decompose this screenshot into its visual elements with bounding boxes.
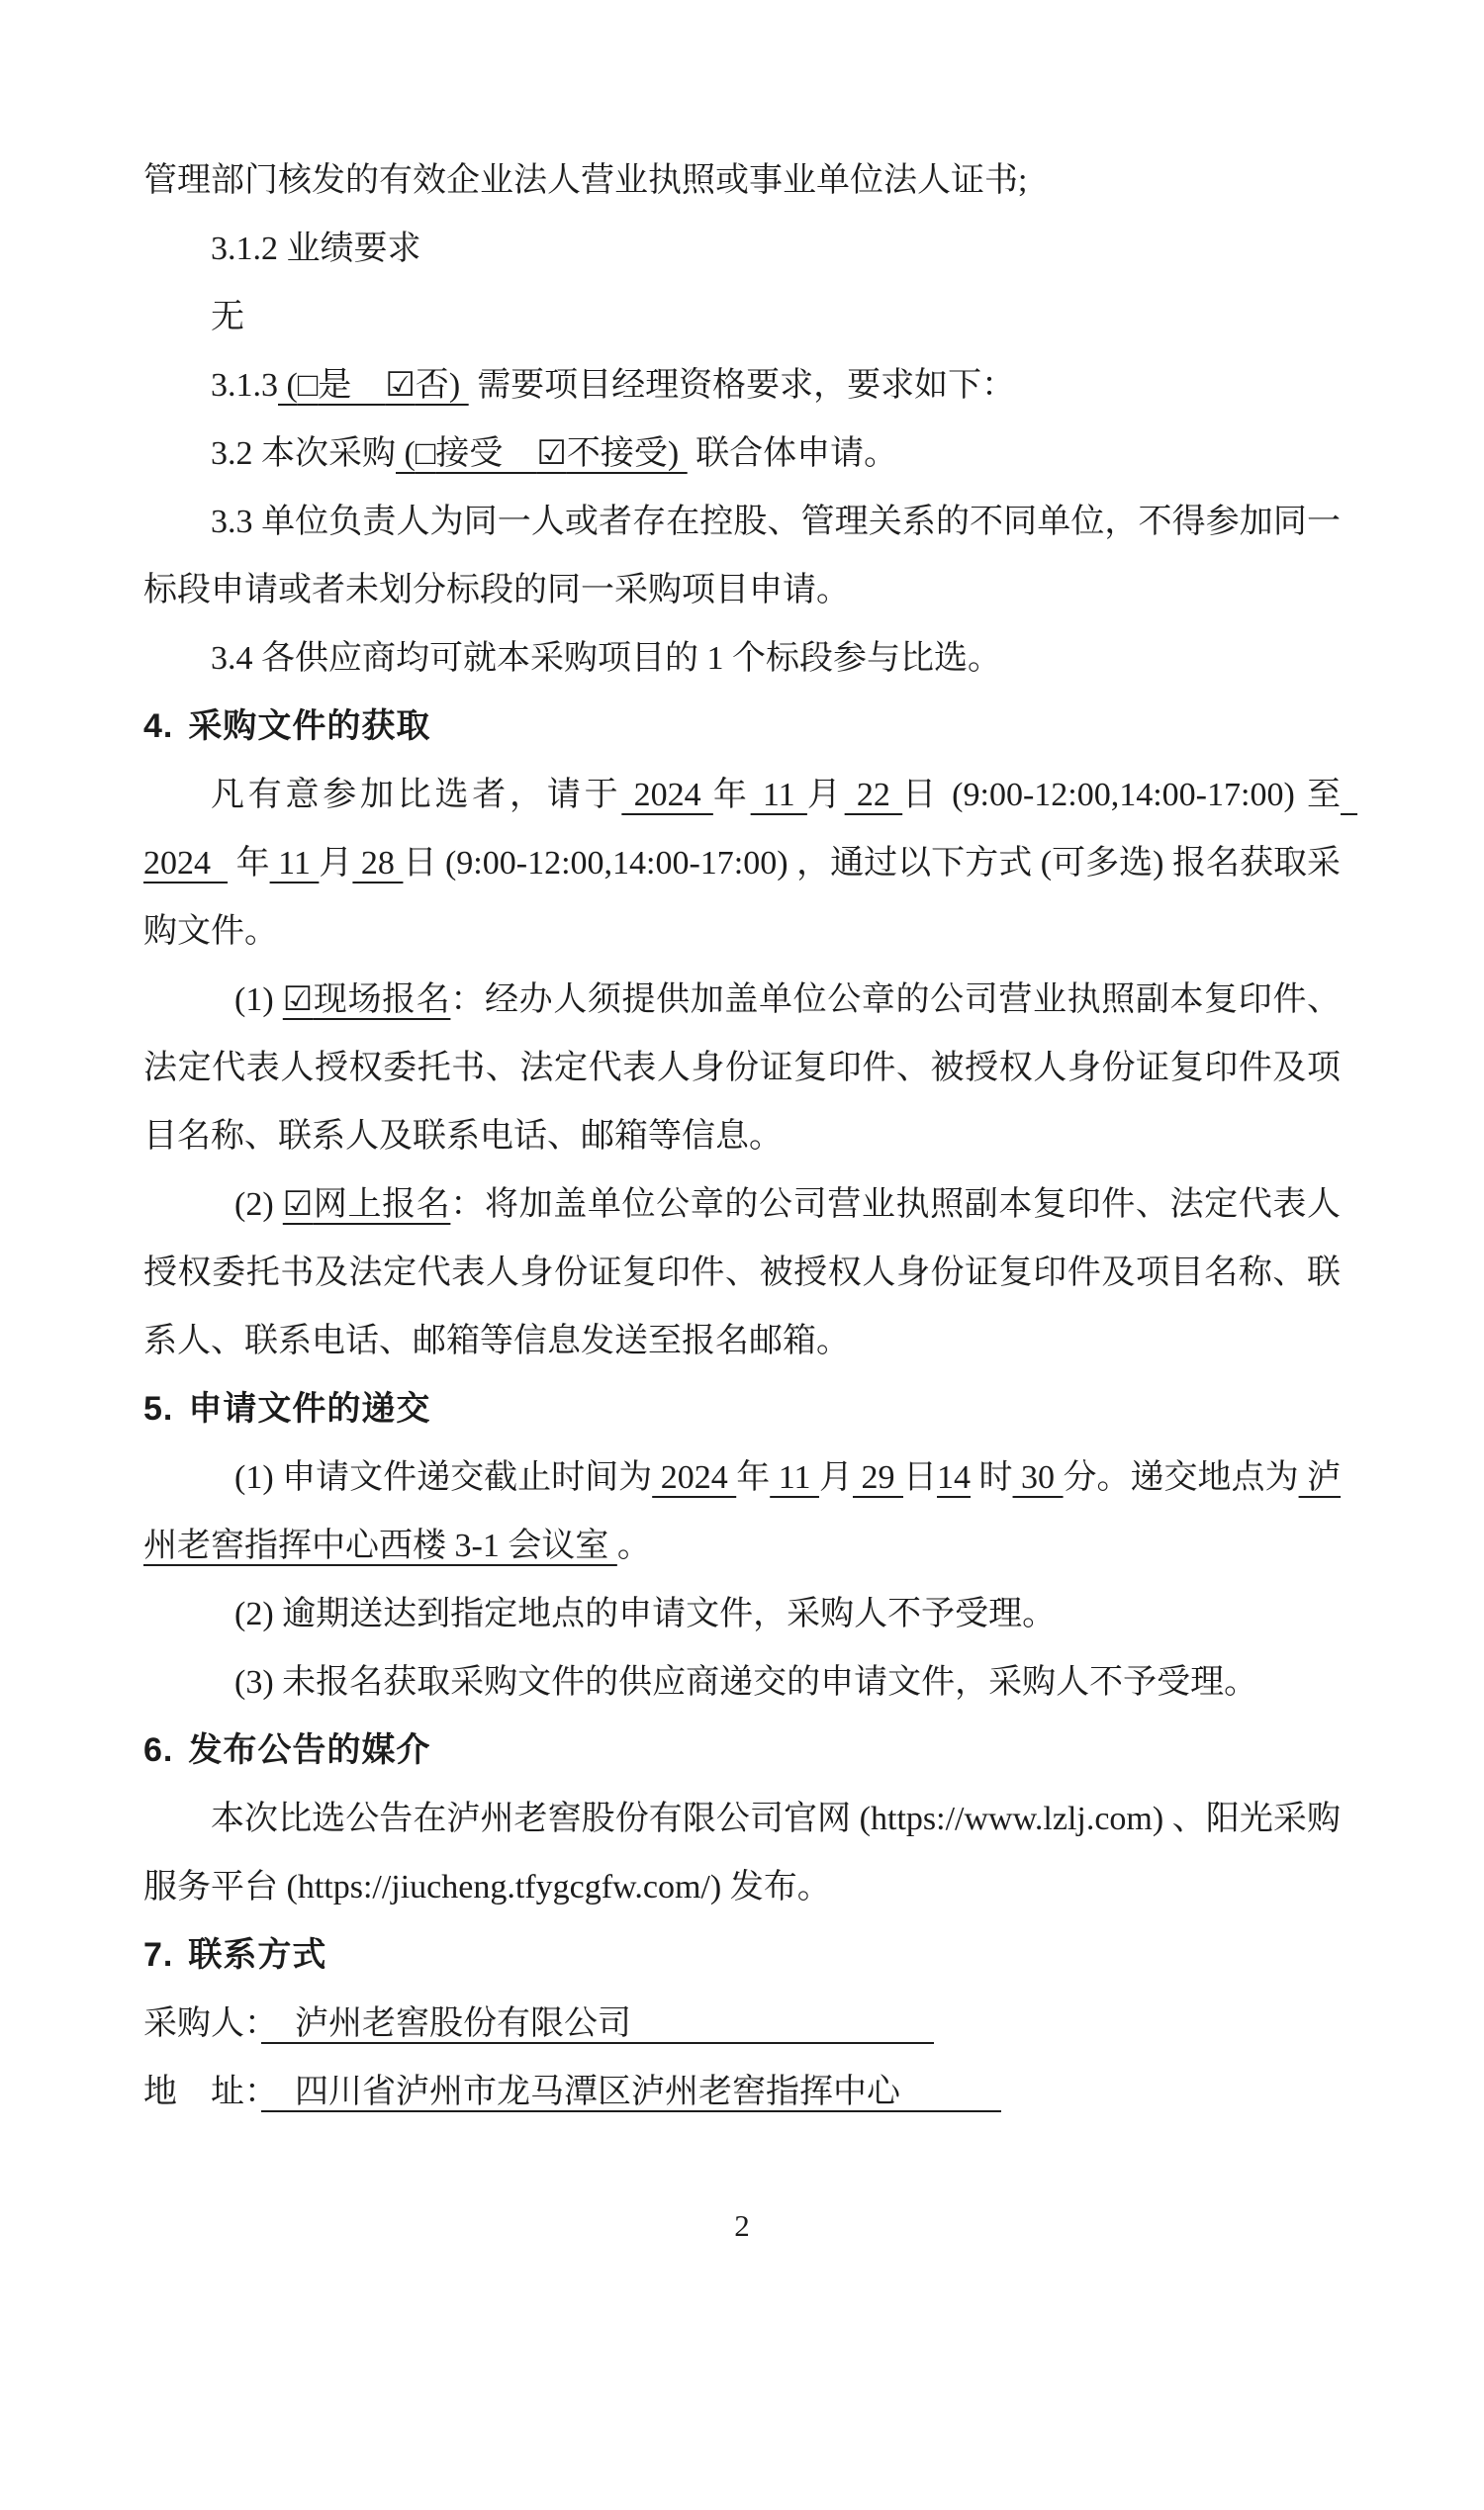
para-3-2-consortium: 3.2 本次采购 (□接受 ☑不接受) 联合体申请。 bbox=[143, 419, 1341, 488]
text-run: 28 bbox=[352, 845, 403, 882]
checkbox-checked-icon: ☑ bbox=[536, 435, 566, 472]
checkbox-unchecked-icon: □ bbox=[416, 435, 436, 472]
text-run: 4. bbox=[143, 707, 173, 745]
text-run: 2024 bbox=[652, 1459, 736, 1496]
para-3-3-same-controller: 3.3 单位负责人为同一人或者存在控股、管理关系的不同单位，不得参加同一标段申请… bbox=[143, 488, 1341, 624]
line-address: 地 址： 四川省泸州市龙马潭区泸州老窖指挥中心 bbox=[143, 2058, 1341, 2126]
para-none: 无 bbox=[143, 283, 1341, 351]
text-run: (1) 申请文件递交截止时间为 bbox=[234, 1459, 652, 1496]
text-run: (3) 未报名获取采购文件的供应商递交的申请文件，采购人不予受理。 bbox=[234, 1664, 1257, 1701]
text-run: 。 bbox=[617, 1528, 651, 1564]
text-run: 申请文件的递交 bbox=[188, 1390, 430, 1428]
text-run: 泸州老窖股份有限公司 bbox=[261, 2005, 934, 2042]
text-run: 29 bbox=[853, 1459, 903, 1496]
text-run: 月 bbox=[807, 777, 845, 813]
text-run: 月 bbox=[819, 1459, 853, 1496]
text-run: 3.4 各供应商均可就本采购项目的 1 个标段参与比选。 bbox=[211, 640, 1001, 677]
text-run: 年 bbox=[736, 1459, 770, 1496]
text-run: 7. bbox=[143, 1936, 173, 1974]
text-run: 3.2 本次采购 bbox=[211, 435, 396, 472]
text-run: 不接受) bbox=[567, 435, 688, 472]
text-run: (1) bbox=[234, 981, 283, 1018]
checkbox-checked-icon: ☑ bbox=[283, 981, 313, 1018]
text-run: 联系方式 bbox=[188, 1936, 326, 1974]
text-run: 采购人： bbox=[143, 2005, 261, 2042]
para-license-continuation: 管理部门核发的有效企业法人营业执照或事业单位法人证书; bbox=[143, 146, 1341, 215]
text-run: 22 bbox=[845, 777, 903, 813]
text-run: 需要项目经理资格要求，要求如下： bbox=[469, 367, 1016, 404]
text-run: 分。递交地点为 bbox=[1064, 1459, 1299, 1496]
text-run: 2024 bbox=[621, 777, 713, 813]
text-run: 采购文件的获取 bbox=[188, 707, 430, 745]
para-4-1-onsite-registration: (1) ☑现场报名：经办人须提供加盖单位公章的公司营业执照副本复印件、法定代表人… bbox=[143, 966, 1341, 1170]
checkbox-checked-icon: ☑ bbox=[385, 367, 415, 404]
document-page: 管理部门核发的有效企业法人营业执照或事业单位法人证书;3.1.2 业绩要求无3.… bbox=[0, 0, 1484, 2510]
text-run: 14 bbox=[937, 1459, 971, 1496]
text-run: 网上报名 bbox=[313, 1186, 450, 1223]
text-run: 联合体申请。 bbox=[688, 435, 898, 472]
text-run: 否) bbox=[416, 367, 469, 404]
text-run: 四川省泸州市龙马潭区泸州老窖指挥中心 bbox=[261, 2074, 1001, 2110]
text-run: 凡有意参加比选者，请于 bbox=[211, 777, 621, 813]
text-run: 本次比选公告在泸州老窖股份有限公司官网 (https://www.lzlj.co… bbox=[143, 1801, 1341, 1906]
para-3-4-one-lot: 3.4 各供应商均可就本采购项目的 1 个标段参与比选。 bbox=[143, 624, 1341, 693]
text-run: 3.1.3 bbox=[211, 367, 278, 404]
text-run: 11 bbox=[770, 1459, 819, 1496]
para-5-2-late-rejected: (2) 逾期送达到指定地点的申请文件，采购人不予受理。 bbox=[143, 1580, 1341, 1648]
para-5-3-unregistered-rejected: (3) 未报名获取采购文件的供应商递交的申请文件，采购人不予受理。 bbox=[143, 1648, 1341, 1717]
page-number: 2 bbox=[0, 2191, 1484, 2260]
heading-5-submission: 5.申请文件的递交 bbox=[143, 1375, 1341, 1443]
text-run: 5. bbox=[143, 1390, 173, 1428]
text-run: 时 bbox=[971, 1459, 1013, 1496]
document-content: 管理部门核发的有效企业法人营业执照或事业单位法人证书;3.1.2 业绩要求无3.… bbox=[143, 0, 1341, 2126]
text-run: (2) 逾期送达到指定地点的申请文件，采购人不予受理。 bbox=[234, 1596, 1056, 1632]
text-run: 月 bbox=[319, 845, 352, 882]
text-run: 6. bbox=[143, 1731, 173, 1769]
para-4-obtain-period: 凡有意参加比选者，请于 2024 年 11 月 22 日 (9:00-12:00… bbox=[143, 761, 1341, 966]
text-run: 年 bbox=[228, 845, 270, 882]
text-run: 现场报名 bbox=[313, 981, 450, 1018]
text-run: 日 (9:00-12:00,14:00-17:00) 至 bbox=[902, 777, 1341, 813]
text-run: 11 bbox=[751, 777, 807, 813]
text-run: 管理部门核发的有效企业法人营业执照或事业单位法人证书; bbox=[143, 162, 1027, 199]
text-run: 是 bbox=[318, 367, 385, 404]
heading-7-contact: 7.联系方式 bbox=[143, 1921, 1341, 1990]
text-run: 接受 bbox=[435, 435, 536, 472]
text-run: 无 bbox=[211, 299, 244, 335]
text-run: 发布公告的媒介 bbox=[188, 1731, 430, 1769]
checkbox-unchecked-icon: □ bbox=[298, 367, 319, 404]
para-3-1-3-project-manager: 3.1.3 (□是 ☑否) 需要项目经理资格要求，要求如下： bbox=[143, 351, 1341, 419]
para-3-1-2-performance: 3.1.2 业绩要求 bbox=[143, 215, 1341, 283]
text-run: 地 址： bbox=[143, 2074, 261, 2110]
text-run: 3.3 单位负责人为同一人或者存在控股、管理关系的不同单位，不得参加同一标段申请… bbox=[143, 504, 1341, 608]
checkbox-checked-icon: ☑ bbox=[283, 1186, 313, 1223]
line-purchaser: 采购人： 泸州老窖股份有限公司 bbox=[143, 1990, 1341, 2058]
text-run: 日 bbox=[903, 1459, 937, 1496]
heading-4-obtain-documents: 4.采购文件的获取 bbox=[143, 693, 1341, 761]
text-run: ( bbox=[396, 435, 416, 472]
para-6-media: 本次比选公告在泸州老窖股份有限公司官网 (https://www.lzlj.co… bbox=[143, 1785, 1341, 1921]
text-run: 年 bbox=[713, 777, 751, 813]
heading-6-announcement-media: 6.发布公告的媒介 bbox=[143, 1717, 1341, 1785]
text-run: 30 bbox=[1013, 1459, 1064, 1496]
text-run: ( bbox=[278, 367, 298, 404]
para-5-1-deadline: (1) 申请文件递交截止时间为 2024 年 11 月 29 日14 时 30 … bbox=[143, 1443, 1341, 1580]
para-4-2-online-registration: (2) ☑网上报名：将加盖单位公章的公司营业执照副本复印件、法定代表人授权委托书… bbox=[143, 1170, 1341, 1375]
text-run: 3.1.2 业绩要求 bbox=[211, 231, 421, 267]
text-run: (2) bbox=[234, 1186, 283, 1223]
text-run: 11 bbox=[270, 845, 320, 882]
